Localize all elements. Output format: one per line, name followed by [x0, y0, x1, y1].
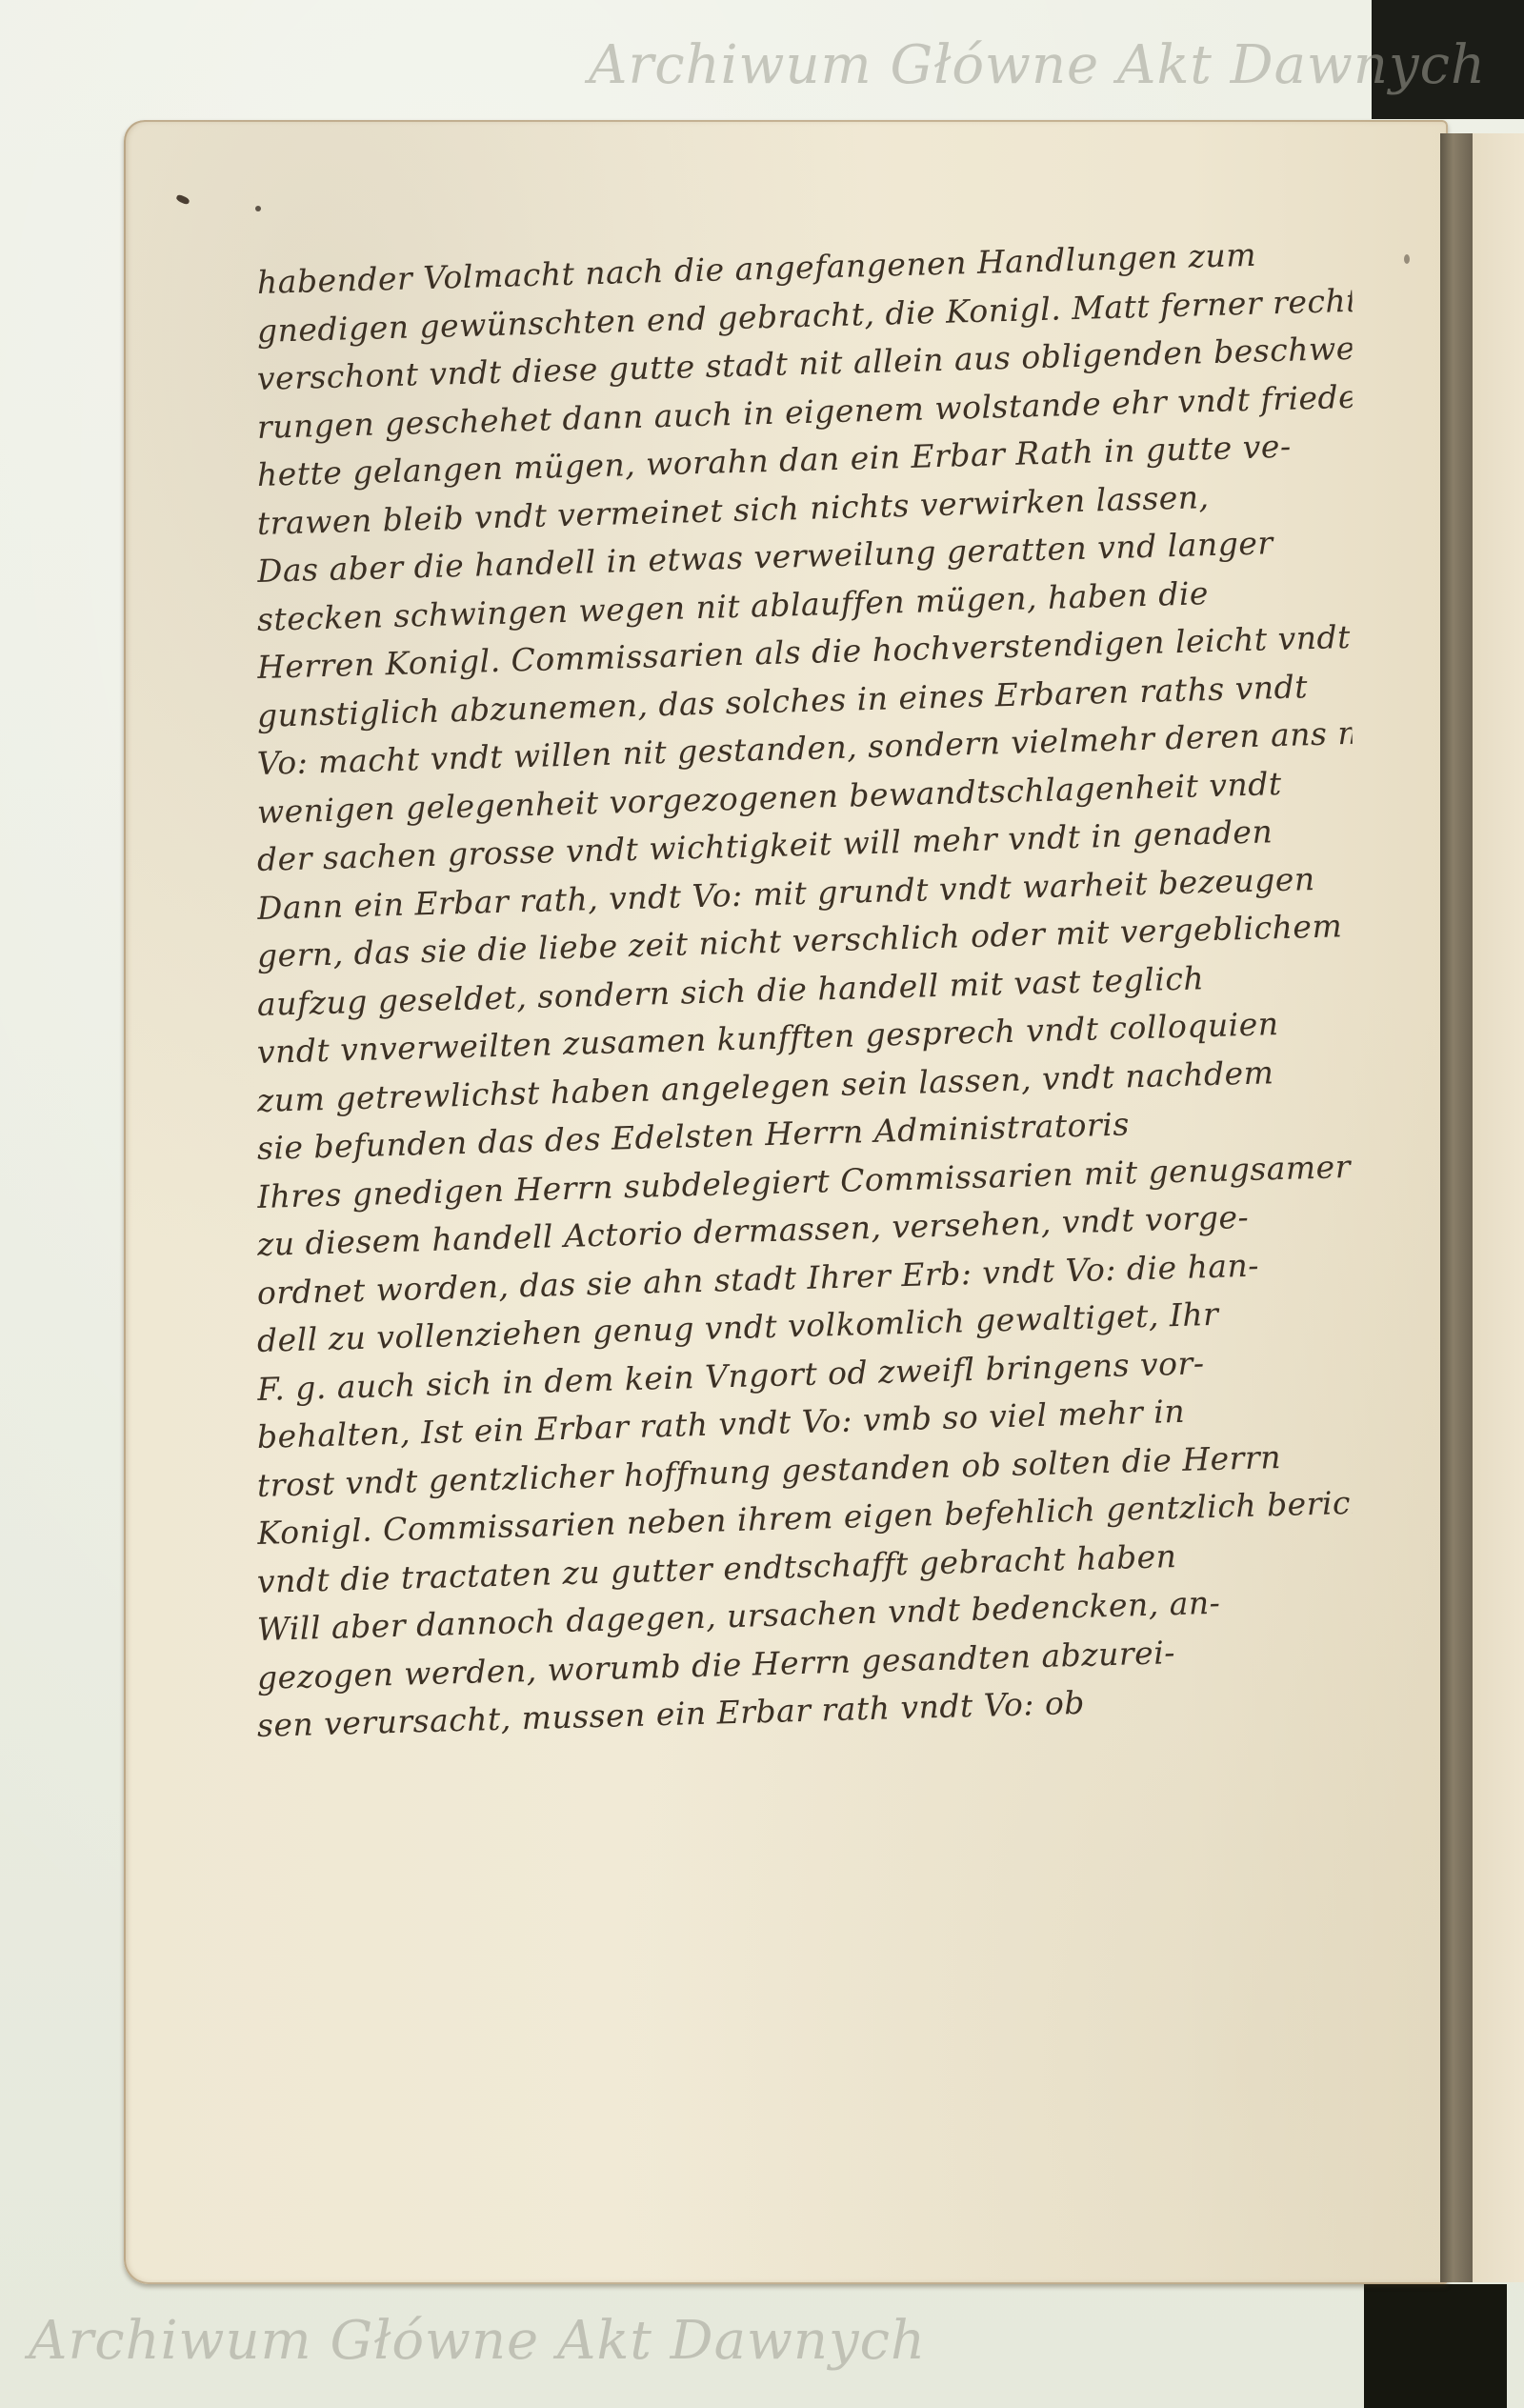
handwritten-text: habender Volmacht nach die angefangenen …	[257, 259, 1353, 1751]
binding-strip-bottom	[1364, 2284, 1507, 2408]
next-leaf-edge	[1473, 133, 1524, 2282]
book-gutter	[1440, 133, 1473, 2282]
ink-spot	[255, 206, 261, 211]
binding-strip-top	[1372, 0, 1524, 119]
ink-spot	[1404, 254, 1410, 264]
